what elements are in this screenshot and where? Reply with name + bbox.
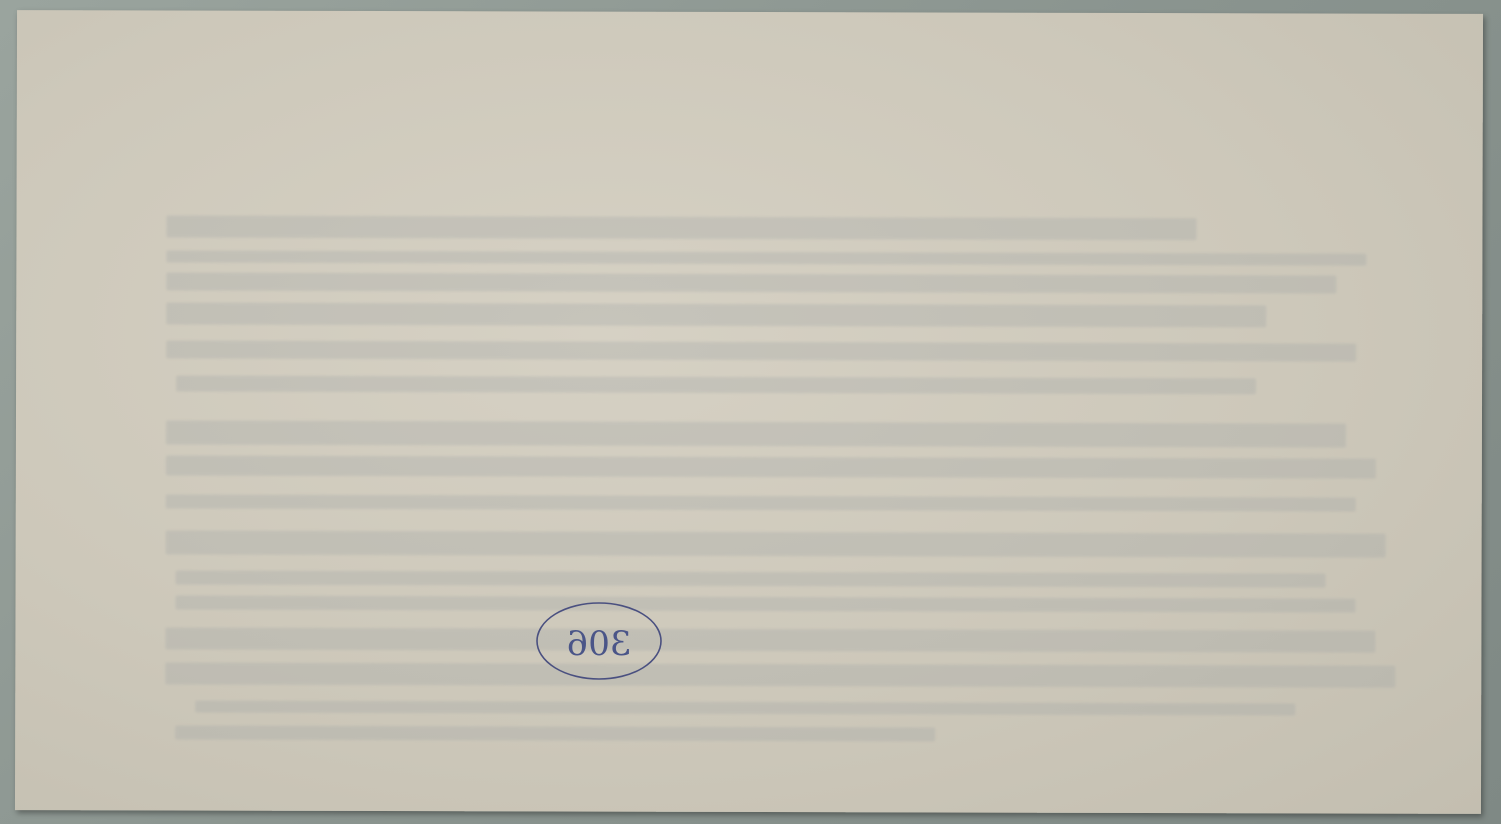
show-through-line [165, 662, 1395, 687]
show-through-line [166, 250, 1366, 265]
show-through-line [166, 302, 1266, 327]
show-through-line [166, 455, 1376, 478]
show-through-line [166, 420, 1346, 447]
show-through-line [166, 494, 1356, 511]
show-through-line [166, 530, 1386, 557]
show-through-line [176, 376, 1256, 395]
show-through-line [165, 627, 1375, 652]
handwritten-number-mark: 306 306 [533, 597, 665, 683]
paper-sheet [15, 10, 1483, 814]
show-through-line [195, 701, 1295, 716]
show-through-line [175, 725, 935, 741]
show-through-line [176, 570, 1326, 587]
svg-text:306: 306 [567, 624, 632, 664]
show-through-line [166, 340, 1356, 361]
show-through-line [166, 272, 1336, 293]
show-through-line [166, 215, 1196, 240]
show-through-line [175, 595, 1355, 612]
circled-number-icon: 306 [533, 597, 665, 683]
